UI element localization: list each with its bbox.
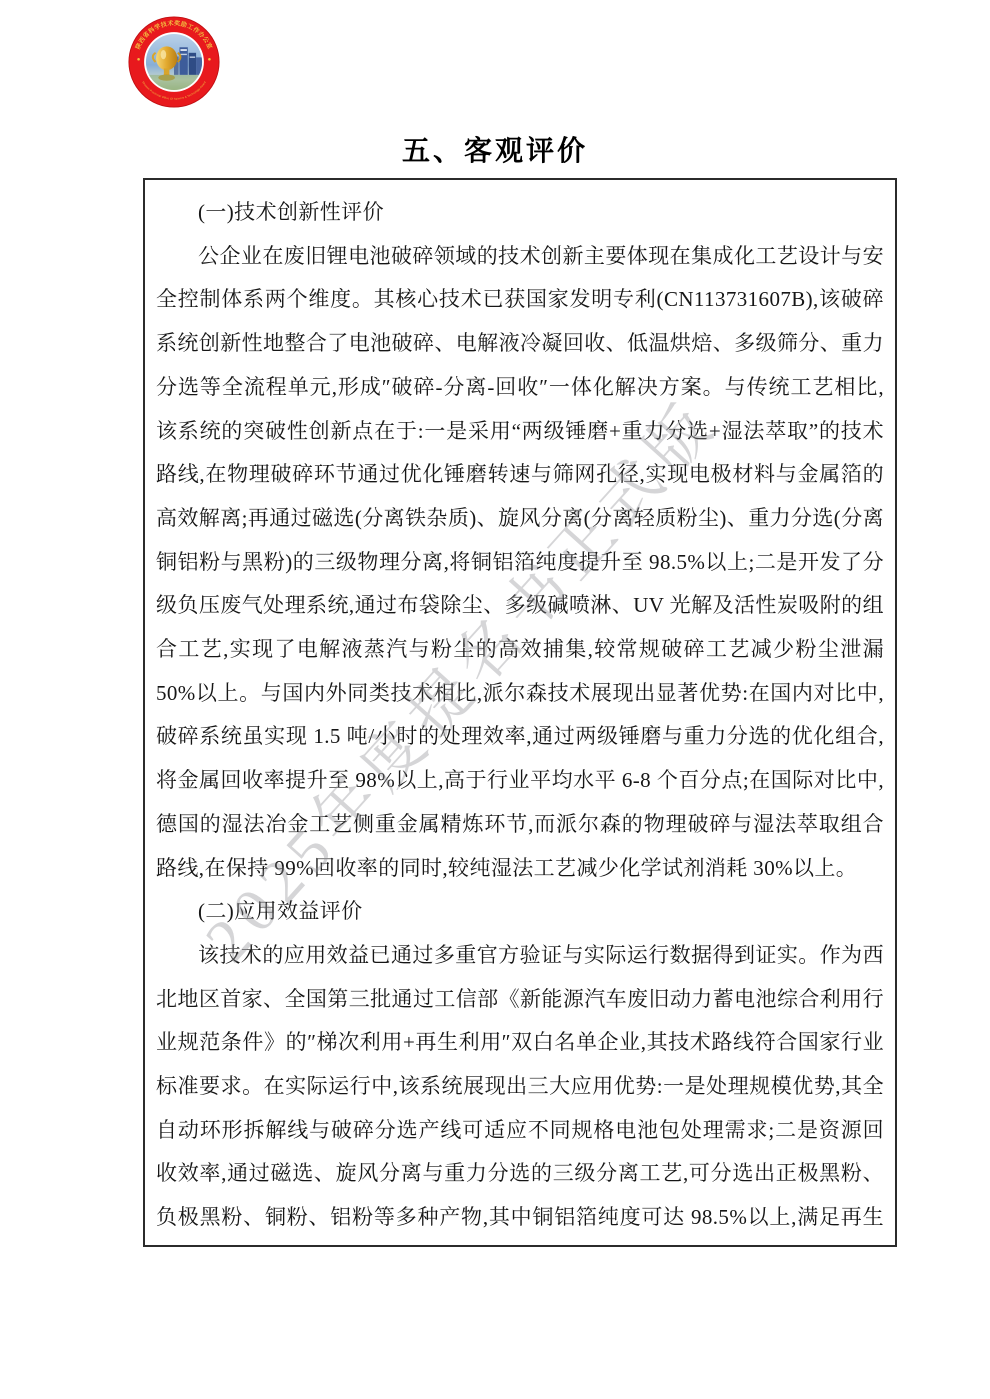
section-1-paragraph: 公企业在废旧锂电池破碎领域的技术创新主要体现在集成化工艺设计与安全控制体系两个维… bbox=[156, 235, 884, 891]
seal-star-right bbox=[208, 58, 211, 61]
seal-star-left bbox=[137, 58, 140, 61]
document-box: (一)技术创新性评价 公企业在废旧锂电池破碎领域的技术创新主要体现在集成化工艺设… bbox=[143, 178, 897, 1247]
page-title: 五、客观评价 bbox=[0, 129, 990, 169]
section-1-heading: (一)技术创新性评价 bbox=[156, 191, 884, 235]
org-seal-logo: 陕西省科学技术奖励工作办公室 Shaanxi Provincial Office… bbox=[128, 16, 220, 108]
section-2-heading: (二)应用效益评价 bbox=[156, 890, 884, 934]
section-2-paragraph: 该技术的应用效益已通过多重官方验证与实际运行数据得到证实。作为西北地区首家、全国… bbox=[156, 934, 884, 1247]
seal-graphic: 陕西省科学技术奖励工作办公室 Shaanxi Provincial Office… bbox=[128, 16, 220, 108]
